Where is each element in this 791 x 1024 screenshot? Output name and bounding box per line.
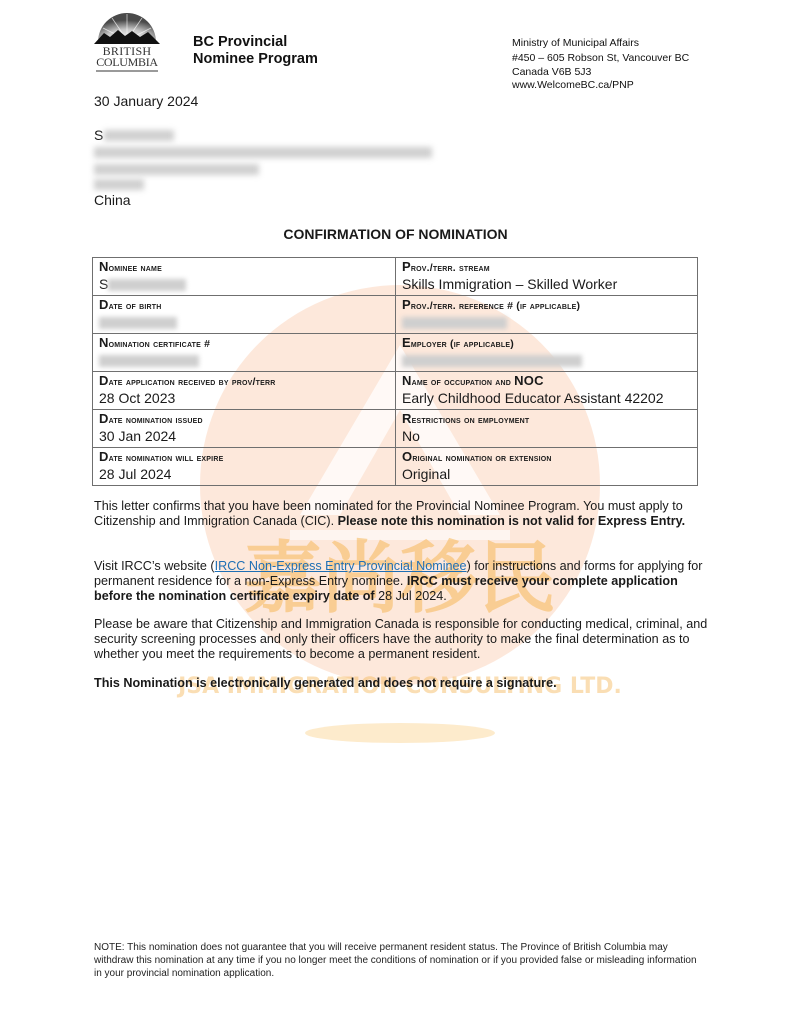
field-value: No (402, 428, 691, 445)
field-value: S (99, 276, 389, 293)
redacted-value (402, 317, 507, 329)
redacted-address-line2 (94, 164, 259, 175)
table-cell: Nominee nameS (93, 258, 396, 296)
field-value-text: S (99, 276, 108, 292)
document-title: CONFIRMATION OF NOMINATION (0, 226, 791, 242)
table-cell: Date nomination issued30 Jan 2024 (93, 410, 396, 448)
redacted-recipient-name (104, 130, 174, 141)
ministry-address-line1: #450 – 605 Robson St, Vancouver BC (512, 52, 689, 65)
field-value-text: Original (402, 466, 450, 482)
redacted-value (402, 355, 582, 367)
letter-date: 30 January 2024 (94, 93, 198, 109)
logo-underline (96, 70, 158, 72)
field-value-text: No (402, 428, 420, 444)
field-label: Employer (if applicable) (402, 335, 691, 352)
ministry-address: Ministry of Municipal Affairs #450 – 605… (512, 37, 689, 92)
field-label: Restrictions on employment (402, 411, 691, 428)
program-title-line2: Nominee Program (193, 51, 318, 68)
field-value: Skills Immigration – Skilled Worker (402, 276, 691, 293)
sunrise-mountains-icon (90, 6, 164, 46)
footer-note: NOTE: This nomination does not guarantee… (94, 941, 704, 980)
field-value-text: Skills Immigration – Skilled Worker (402, 276, 617, 292)
field-label: Date nomination issued (99, 411, 389, 428)
field-label: Date of birth (99, 297, 389, 314)
field-value (402, 314, 691, 331)
field-value: 28 Oct 2023 (99, 390, 389, 407)
ircc-prefix: Visit IRCC’s website ( (94, 559, 215, 573)
field-label: Date nomination will expire (99, 449, 389, 466)
field-value: Early Childhood Educator Assistant 42202 (402, 390, 691, 407)
redacted-value (99, 317, 177, 329)
table-cell: Prov./terr. streamSkills Immigration – S… (396, 258, 698, 296)
electronic-signature-statement: This Nomination is electronically genera… (94, 676, 714, 691)
table-cell: Date nomination will expire28 Jul 2024 (93, 448, 396, 486)
field-label: Name of occupation and NOC (402, 373, 691, 390)
table-cell: Name of occupation and NOCEarly Childhoo… (396, 372, 698, 410)
field-label: Prov./terr. stream (402, 259, 691, 276)
redacted-address-line3 (94, 179, 144, 190)
express-entry-warning: Please note this nomination is not valid… (338, 514, 686, 528)
bc-logo: BRITISH COLUMBIA (90, 6, 164, 74)
table-row: Date nomination will expire28 Jul 2024Or… (93, 448, 698, 486)
field-value-text: Early Childhood Educator Assistant 42202 (402, 390, 664, 406)
table-cell: Nomination certificate # (93, 334, 396, 372)
program-title: BC Provincial Nominee Program (193, 34, 318, 68)
field-label: Nominee name (99, 259, 389, 276)
field-value-text: 28 Jul 2024 (99, 466, 171, 482)
table-row: Nomination certificate #Employer (if app… (93, 334, 698, 372)
table-cell: Restrictions on employmentNo (396, 410, 698, 448)
table-row: Date nomination issued30 Jan 2024Restric… (93, 410, 698, 448)
field-value (99, 314, 389, 331)
recipient-country: China (94, 192, 131, 208)
table-cell: Date of birth (93, 296, 396, 334)
confirmation-paragraph: This letter confirms that you have been … (94, 499, 714, 529)
redacted-value (108, 279, 186, 291)
table-cell: Employer (if applicable) (396, 334, 698, 372)
field-value: Original (402, 466, 691, 483)
program-title-line1: BC Provincial (193, 34, 318, 51)
ircc-deadline-date: 28 Jul 2024. (375, 589, 447, 603)
table-row: Date of birthProv./terr. reference # (if… (93, 296, 698, 334)
field-label: Nomination certificate # (99, 335, 389, 352)
recipient-initial: S (94, 127, 103, 143)
table-cell: Date application received by prov/terr28… (93, 372, 396, 410)
field-label: Original nomination or extension (402, 449, 691, 466)
logo-line2: COLUMBIA (90, 57, 164, 68)
table-row: Nominee nameSProv./terr. streamSkills Im… (93, 258, 698, 296)
field-value (402, 352, 691, 369)
ministry-address-line2: Canada V6B 5J3 (512, 66, 689, 79)
nomination-details-table: Nominee nameSProv./terr. streamSkills Im… (92, 257, 698, 486)
ministry-website: www.WelcomeBC.ca/PNP (512, 79, 689, 92)
screening-paragraph: Please be aware that Citizenship and Imm… (94, 617, 714, 662)
redacted-address-line1 (94, 147, 432, 158)
field-value: 30 Jan 2024 (99, 428, 389, 445)
ircc-non-express-entry-link[interactable]: IRCC Non-Express Entry Provincial Nomine… (215, 559, 467, 573)
table-cell: Prov./terr. reference # (if applicable) (396, 296, 698, 334)
field-value-text: 28 Oct 2023 (99, 390, 175, 406)
ircc-instructions-paragraph: Visit IRCC’s website (IRCC Non-Express E… (94, 559, 714, 604)
field-value (99, 352, 389, 369)
ministry-name: Ministry of Municipal Affairs (512, 37, 689, 50)
redacted-value (99, 355, 199, 367)
table-row: Date application received by prov/terr28… (93, 372, 698, 410)
field-value-text: 30 Jan 2024 (99, 428, 176, 444)
field-value: 28 Jul 2024 (99, 466, 389, 483)
field-label: Date application received by prov/terr (99, 373, 389, 390)
field-label: Prov./terr. reference # (if applicable) (402, 297, 691, 314)
table-cell: Original nomination or extensionOriginal (396, 448, 698, 486)
